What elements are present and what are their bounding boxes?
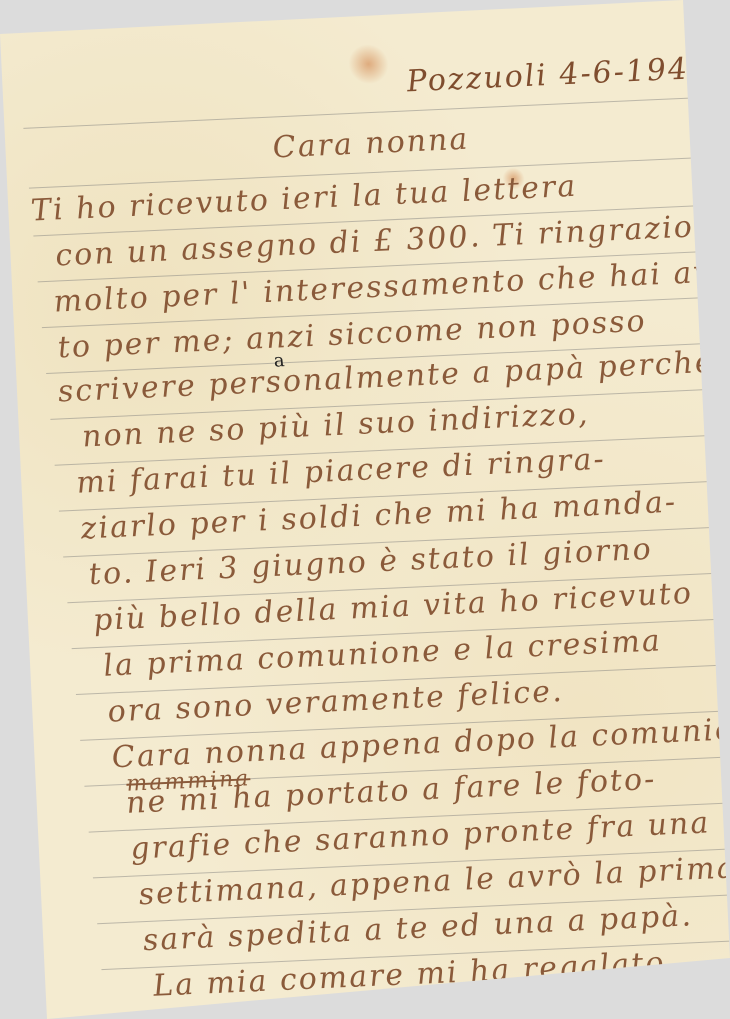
inserted-word: a — [273, 350, 288, 372]
letter-sheet: Pozzuoli 4-6-1943 Cara nonna Ti ho ricev… — [18, 37, 730, 997]
letter-paper: Pozzuoli 4-6-1943 Cara nonna Ti ho ricev… — [0, 0, 730, 1019]
